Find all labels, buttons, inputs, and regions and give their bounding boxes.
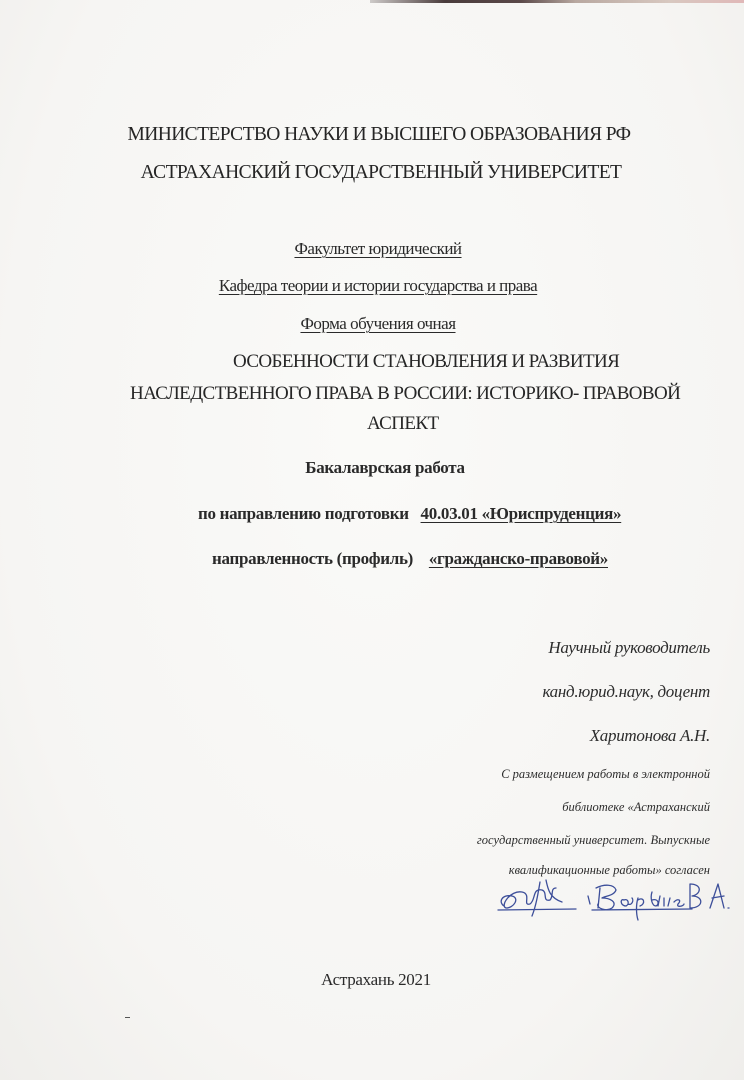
scan-top-edge [370, 0, 744, 3]
faculty-line: Факультет юридический [0, 240, 744, 257]
handwritten-signature [492, 876, 732, 926]
profile-line: направленность (профиль) «гражданско-пра… [212, 550, 608, 567]
supervisor-label: Научный руководитель [548, 638, 710, 658]
ministry-heading: МИНИСТЕРСТВО НАУКИ И ВЫСШЕГО ОБРАЗОВАНИЯ… [0, 125, 744, 145]
profile-label: направленность (профиль) [212, 549, 413, 568]
signature-scribble-icon [492, 876, 732, 926]
department-text: Кафедра теории и истории государства и п… [219, 276, 537, 295]
supervisor-name: Харитонова А.Н. [590, 726, 710, 746]
direction-value: 40.03.01 «Юриспруденция» [421, 504, 622, 523]
direction-label: по направлению подготовки [198, 504, 409, 523]
consent-line-2: библиотеке «Астраханский [562, 800, 710, 815]
city-year: Астрахань 2021 [0, 971, 744, 988]
work-type: Бакалаврская работа [0, 459, 744, 476]
consent-line-3: государственный университет. Выпускные [477, 833, 710, 848]
study-form-text: Форма обучения очная [300, 314, 455, 333]
profile-value: «гражданско-правовой» [429, 549, 608, 568]
thesis-title-line-2: НАСЛЕДСТВЕННОГО ПРАВА В РОССИИ: ИСТОРИКО… [130, 384, 680, 403]
university-heading: АСТРАХАНСКИЙ ГОСУДАРСТВЕННЫЙ УНИВЕРСИТЕТ [0, 163, 744, 183]
faculty-text: Факультет юридический [294, 239, 461, 258]
study-form-line: Форма обучения очная [0, 315, 744, 332]
scan-artifact-dash [125, 1017, 130, 1018]
direction-line: по направлению подготовки 40.03.01 «Юрис… [198, 505, 621, 522]
thesis-title-line-3: АСПЕКТ [367, 414, 438, 433]
supervisor-degree: канд.юрид.наук, доцент [542, 682, 710, 702]
consent-line-1: С размещением работы в электронной [501, 767, 710, 782]
department-line: Кафедра теории и истории государства и п… [0, 277, 744, 294]
thesis-title-line-1: ОСОБЕННОСТИ СТАНОВЛЕНИЯ И РАЗВИТИЯ [233, 352, 619, 371]
